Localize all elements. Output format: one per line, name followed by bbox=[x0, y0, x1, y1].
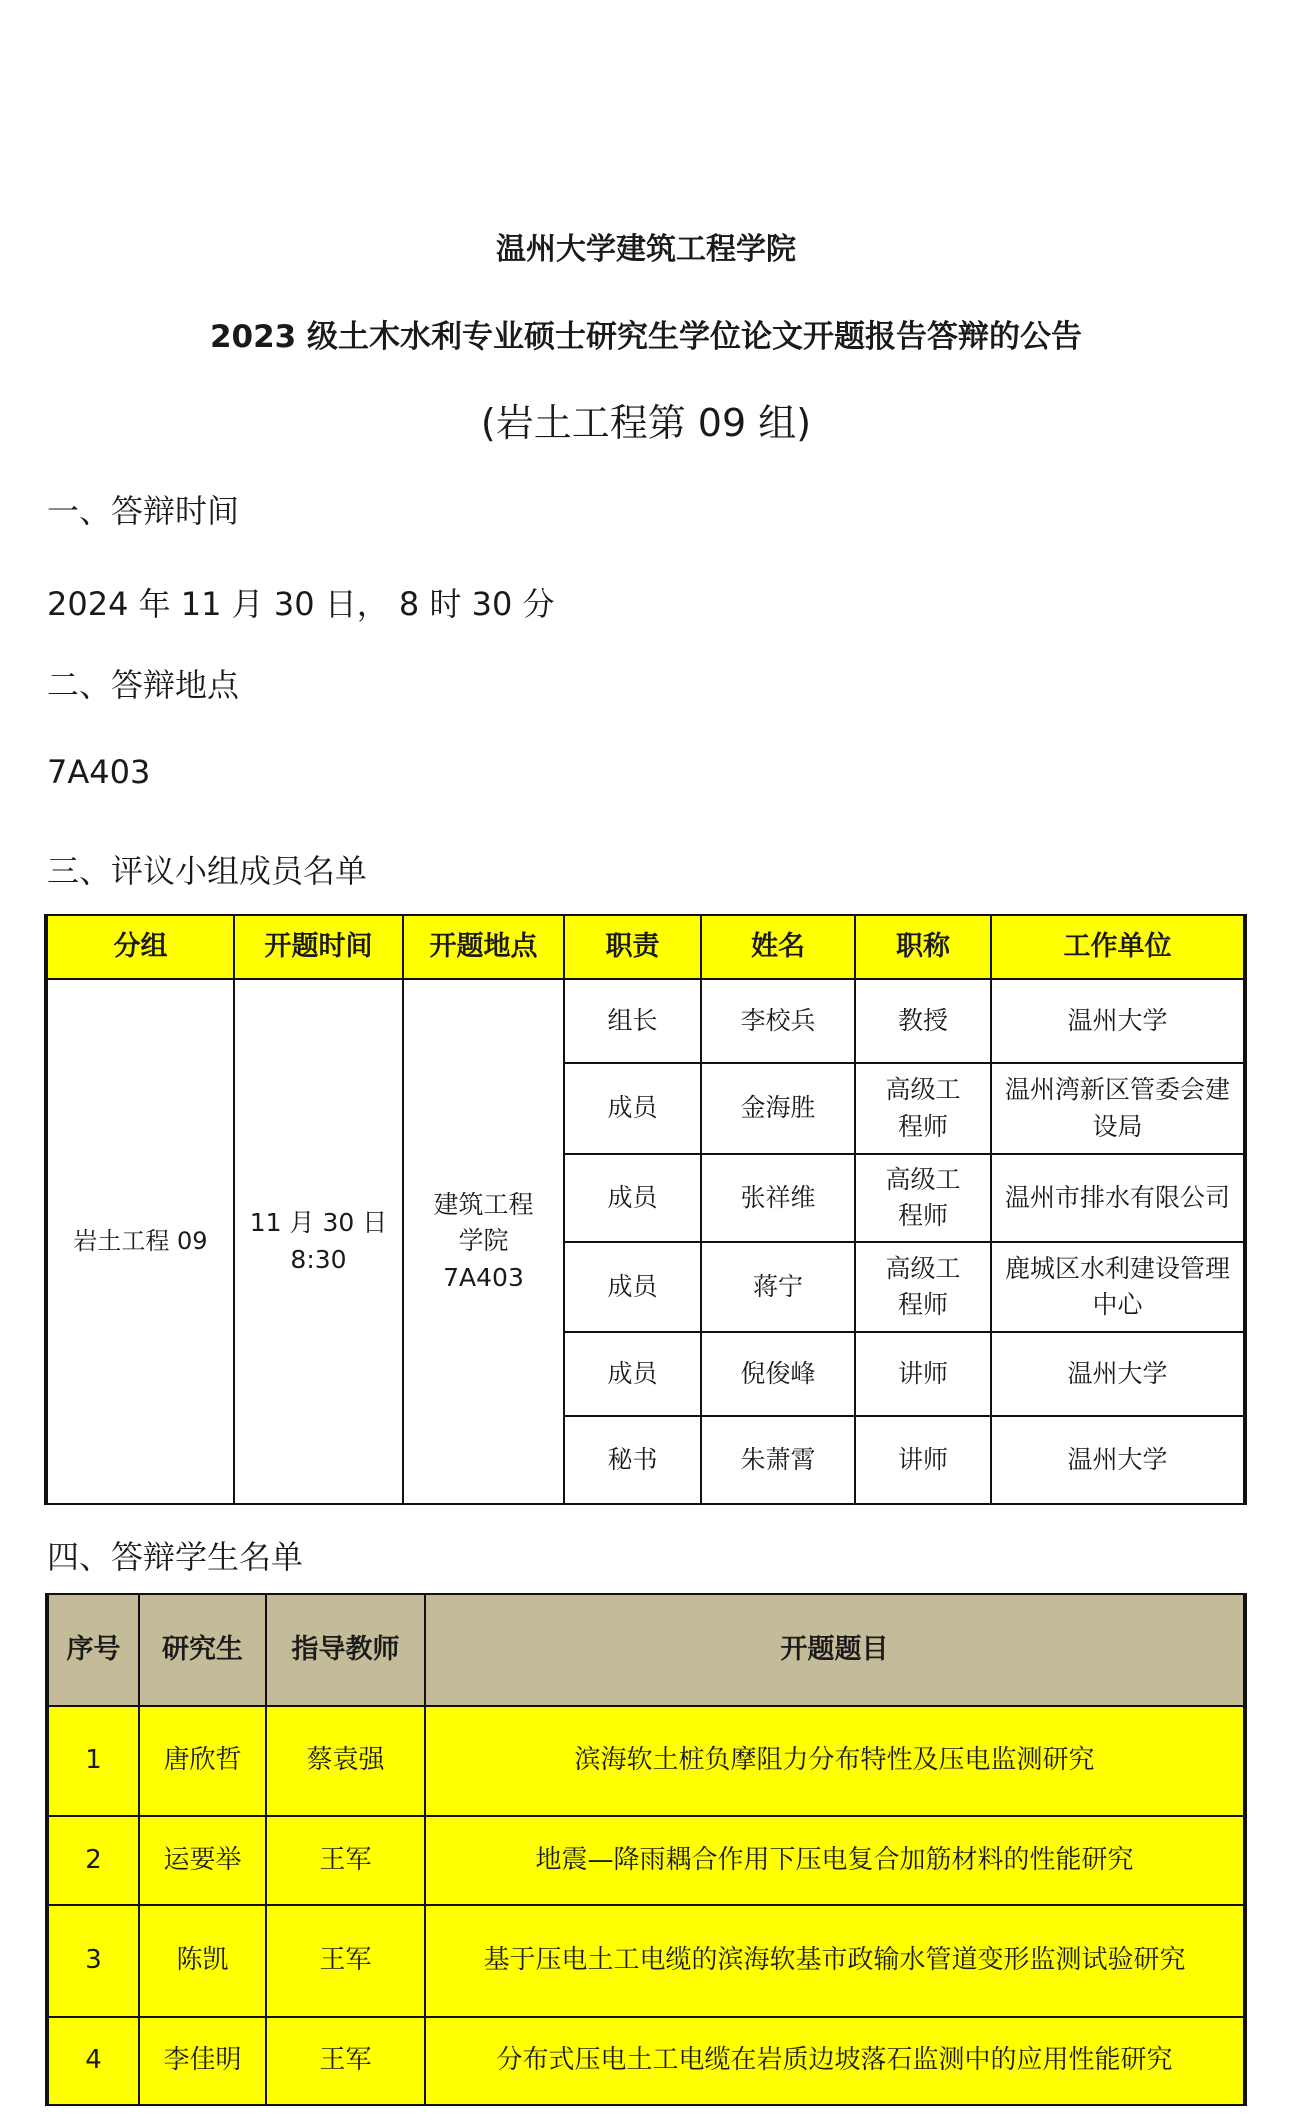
title-cell: 教授 bbox=[855, 979, 991, 1063]
role-cell: 成员 bbox=[564, 1332, 701, 1416]
name-cell: 金海胜 bbox=[701, 1063, 855, 1154]
defense-place-value: 7A403 bbox=[47, 753, 150, 791]
col-header-unit: 工作单位 bbox=[991, 915, 1245, 979]
students-header-row: 序号 研究生 指导教师 开题题目 bbox=[47, 1594, 1245, 1706]
title-cell: 高级工程师 bbox=[855, 1154, 991, 1242]
section-time-heading: 一、答辩时间 bbox=[47, 486, 239, 532]
no-cell: 1 bbox=[47, 1706, 139, 1816]
institution-title: 温州大学建筑工程学院 bbox=[0, 224, 1292, 268]
student-cell: 李佳明 bbox=[139, 2017, 266, 2105]
name-cell: 倪俊峰 bbox=[701, 1332, 855, 1416]
unit-cell: 鹿城区水利建设管理中心 bbox=[991, 1242, 1245, 1332]
place-line-1: 建筑工程 bbox=[404, 1187, 563, 1223]
advisor-cell: 蔡袁强 bbox=[266, 1706, 425, 1816]
student-cell: 唐欣哲 bbox=[139, 1706, 266, 1816]
no-cell: 2 bbox=[47, 1816, 139, 1905]
time-cell: 11 月 30 日 8:30 bbox=[234, 979, 403, 1504]
name-cell: 张祥维 bbox=[701, 1154, 855, 1242]
title-cell: 高级工程师 bbox=[855, 1063, 991, 1154]
col-header-advisor: 指导教师 bbox=[266, 1594, 425, 1706]
place-line-2: 学院 bbox=[404, 1223, 563, 1259]
unit-cell: 温州湾新区管委会建设局 bbox=[991, 1063, 1245, 1154]
students-table: 序号 研究生 指导教师 开题题目 1 唐欣哲 蔡袁强 滨海软土桩负摩阻力分布特性… bbox=[45, 1593, 1247, 2106]
title-cell: 讲师 bbox=[855, 1332, 991, 1416]
col-header-role: 职责 bbox=[564, 915, 701, 979]
advisor-cell: 王军 bbox=[266, 2017, 425, 2105]
col-header-group: 分组 bbox=[46, 915, 234, 979]
section-place-heading: 二、答辩地点 bbox=[47, 660, 239, 706]
role-cell: 成员 bbox=[564, 1063, 701, 1154]
unit-cell: 温州大学 bbox=[991, 1416, 1245, 1504]
topic-cell: 地震—降雨耦合作用下压电复合加筋材料的性能研究 bbox=[425, 1816, 1245, 1905]
place-line-3: 7A403 bbox=[404, 1260, 563, 1296]
col-header-name: 姓名 bbox=[701, 915, 855, 979]
time-date: 11 月 30 日 bbox=[235, 1205, 402, 1241]
unit-cell: 温州市排水有限公司 bbox=[991, 1154, 1245, 1242]
defense-time-value: 2024 年 11 月 30 日， 8 时 30 分 bbox=[47, 579, 555, 625]
role-cell: 组长 bbox=[564, 979, 701, 1063]
committee-header-row: 分组 开题时间 开题地点 职责 姓名 职称 工作单位 bbox=[46, 915, 1245, 979]
section-students-heading: 四、答辩学生名单 bbox=[47, 1532, 303, 1578]
time-clock: 8:30 bbox=[235, 1242, 402, 1278]
student-row: 3 陈凯 王军 基于压电土工电缆的滨海软基市政输水管道变形监测试验研究 bbox=[47, 1905, 1245, 2017]
role-cell: 成员 bbox=[564, 1242, 701, 1332]
unit-cell: 温州大学 bbox=[991, 1332, 1245, 1416]
title-cell: 讲师 bbox=[855, 1416, 991, 1504]
col-header-title: 职称 bbox=[855, 915, 991, 979]
col-header-time: 开题时间 bbox=[234, 915, 403, 979]
col-header-student: 研究生 bbox=[139, 1594, 266, 1706]
student-cell: 运要举 bbox=[139, 1816, 266, 1905]
title-cell: 高级工程师 bbox=[855, 1242, 991, 1332]
col-header-topic: 开题题目 bbox=[425, 1594, 1245, 1706]
col-header-no: 序号 bbox=[47, 1594, 139, 1706]
student-row: 1 唐欣哲 蔡袁强 滨海软土桩负摩阻力分布特性及压电监测研究 bbox=[47, 1706, 1245, 1816]
student-row: 2 运要举 王军 地震—降雨耦合作用下压电复合加筋材料的性能研究 bbox=[47, 1816, 1245, 1905]
advisor-cell: 王军 bbox=[266, 1905, 425, 2017]
name-cell: 朱萧霄 bbox=[701, 1416, 855, 1504]
topic-cell: 滨海软土桩负摩阻力分布特性及压电监测研究 bbox=[425, 1706, 1245, 1816]
committee-row: 岩土工程 09 11 月 30 日 8:30 建筑工程 学院 7A403 组长 … bbox=[46, 979, 1245, 1063]
group-subtitle: (岩土工程第 09 组) bbox=[0, 392, 1292, 447]
name-cell: 蒋宁 bbox=[701, 1242, 855, 1332]
advisor-cell: 王军 bbox=[266, 1816, 425, 1905]
topic-cell: 分布式压电土工电缆在岩质边坡落石监测中的应用性能研究 bbox=[425, 2017, 1245, 2105]
group-cell: 岩土工程 09 bbox=[46, 979, 234, 1504]
col-header-place: 开题地点 bbox=[403, 915, 564, 979]
student-cell: 陈凯 bbox=[139, 1905, 266, 2017]
student-row: 4 李佳明 王军 分布式压电土工电缆在岩质边坡落石监测中的应用性能研究 bbox=[47, 2017, 1245, 2105]
role-cell: 秘书 bbox=[564, 1416, 701, 1504]
no-cell: 3 bbox=[47, 1905, 139, 2017]
place-cell: 建筑工程 学院 7A403 bbox=[403, 979, 564, 1504]
unit-cell: 温州大学 bbox=[991, 979, 1245, 1063]
no-cell: 4 bbox=[47, 2017, 139, 2105]
section-committee-heading: 三、评议小组成员名单 bbox=[47, 846, 367, 892]
committee-table: 分组 开题时间 开题地点 职责 姓名 职称 工作单位 岩土工程 09 11 月 … bbox=[44, 914, 1247, 1505]
topic-cell: 基于压电土工电缆的滨海软基市政输水管道变形监测试验研究 bbox=[425, 1905, 1245, 2017]
announcement-title: 2023 级土木水利专业硕士研究生学位论文开题报告答辩的公告 bbox=[0, 311, 1292, 356]
role-cell: 成员 bbox=[564, 1154, 701, 1242]
name-cell: 李校兵 bbox=[701, 979, 855, 1063]
